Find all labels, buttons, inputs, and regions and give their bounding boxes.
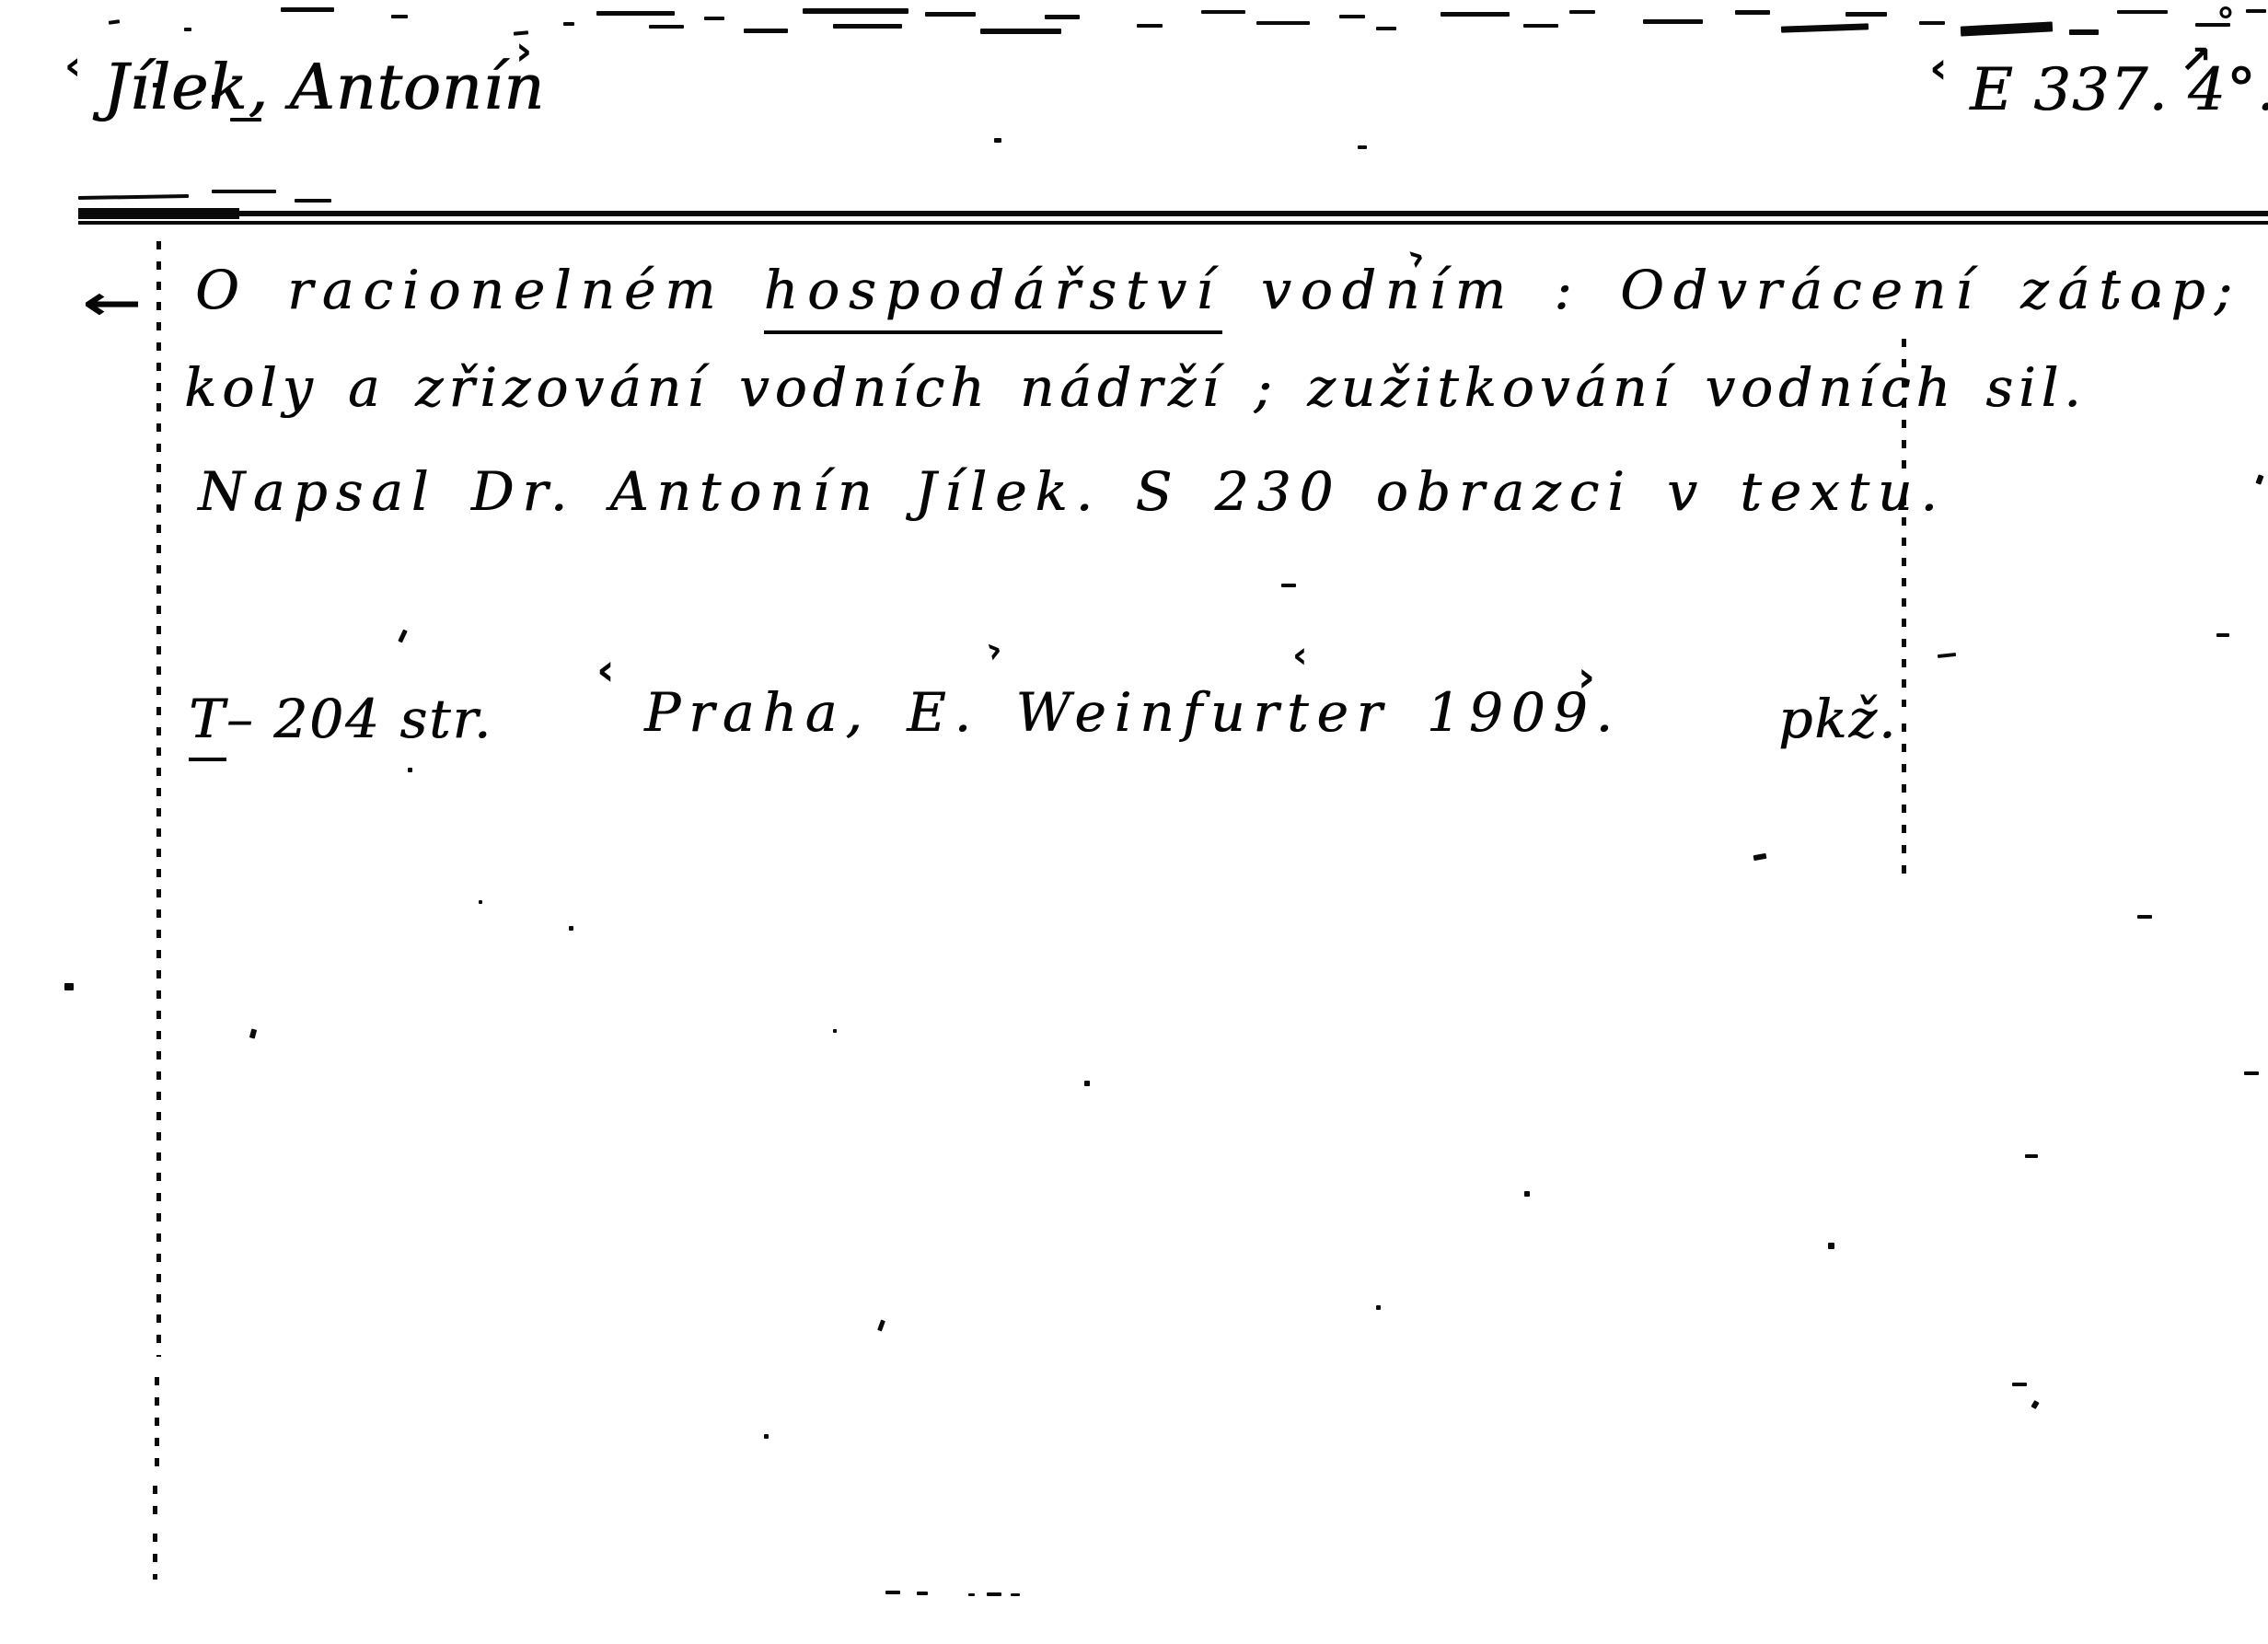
left-margin-dotted-line	[155, 1377, 159, 1469]
noise-dash	[1846, 12, 1887, 17]
noise-dash	[833, 1029, 837, 1033]
head-rule-bottom	[78, 221, 2268, 225]
noise-dash	[1339, 15, 1365, 18]
noise-dash	[1201, 10, 1245, 14]
noise-dash	[2069, 29, 2099, 35]
noise-dash	[109, 19, 120, 25]
left-margin-dotted-line	[153, 1486, 157, 1519]
imprint-line: Praha, E. Weinfurter 1909.	[644, 686, 1621, 739]
noise-dash	[2246, 9, 2266, 13]
noise-dash	[994, 138, 1001, 143]
title-line-1-post: vodním : Odvrácení zátop; ú –	[1222, 259, 2268, 321]
extent-line: T– 204 str.	[189, 692, 492, 746]
noise-dash	[1569, 10, 1595, 14]
noise-dash	[563, 22, 574, 26]
noise-dash	[885, 1591, 900, 1594]
noise-dash	[649, 25, 684, 29]
right-margin-dotted-line	[1902, 724, 1906, 880]
noise-dash	[2137, 915, 2152, 919]
right-margin-dotted-line	[1902, 497, 1906, 707]
title-line-2: koly a zřizování vodních nádrží ; zužitk…	[184, 361, 2087, 414]
catalog-card-scan: ‹›‹←›‹›‹›↗° Jílek, Antonín E 337. 4°. O …	[0, 0, 2268, 1644]
noise-dash	[64, 983, 74, 990]
proof-mark: ‹	[1292, 637, 1307, 674]
noise-dash	[1828, 1243, 1834, 1249]
extent-pages: – 204 str.	[226, 688, 492, 750]
noise-dash	[925, 12, 976, 17]
noise-dash	[1938, 653, 1956, 658]
noise-dash	[249, 1028, 257, 1038]
noise-dash	[1441, 12, 1510, 17]
noise-dash	[1781, 23, 1869, 32]
noise-dash	[2244, 1071, 2259, 1075]
noise-dash	[1137, 24, 1163, 28]
statement-line: Napsal Dr. Antonín Jílek. S 230 obrazci …	[198, 465, 1946, 518]
noise-dash	[1045, 15, 1080, 19]
noise-dash	[968, 1593, 975, 1596]
noise-dash	[1919, 21, 1945, 25]
noise-dash	[987, 1592, 1001, 1596]
noise-dash	[1376, 1305, 1381, 1310]
left-margin-dotted-line	[153, 1534, 157, 1580]
proof-mark: °	[2216, 4, 2235, 41]
noise-dash	[1084, 1081, 1090, 1086]
noise-dash	[1376, 27, 1396, 30]
noise-dash	[1735, 10, 1770, 15]
noise-dash	[1643, 19, 1703, 24]
volume-letter: T	[189, 688, 226, 761]
noise-dash	[833, 24, 902, 29]
noise-dash	[1358, 145, 1367, 149]
noise-dash	[2216, 633, 2229, 637]
noise-dash	[1523, 24, 1558, 28]
noise-dash	[398, 630, 407, 643]
noise-dash	[917, 1592, 928, 1595]
proof-mark: ←	[82, 280, 142, 328]
title-line-1: O racionelném hospodářství vodním : Odvr…	[195, 263, 2268, 317]
title-underlined-word: hospodářství	[764, 259, 1222, 334]
noise-dash	[212, 190, 276, 193]
noise-dash	[744, 29, 788, 33]
cataloguer-initials: pkž.	[1778, 692, 1897, 746]
author-heading: Jílek, Antonín	[103, 57, 545, 120]
noise-dash	[704, 17, 724, 20]
proof-mark: ‹	[64, 46, 81, 87]
noise-dash	[2255, 474, 2263, 484]
noise-dash	[184, 28, 191, 31]
noise-dash	[391, 15, 408, 18]
left-margin-dotted-line	[156, 241, 161, 1357]
noise-dash	[877, 1320, 885, 1332]
noise-dash	[1281, 584, 1296, 587]
noise-dash	[1961, 21, 2053, 36]
noise-dash	[596, 11, 675, 16]
title-line-1-pre: O racionelném	[195, 259, 764, 321]
noise-dash	[281, 7, 334, 12]
noise-dash	[1256, 21, 1310, 25]
head-rule-top	[78, 211, 2268, 216]
head-rule-left-blot	[78, 208, 239, 219]
noise-dash	[764, 1434, 769, 1439]
noise-dash	[2117, 10, 2168, 14]
noise-dash	[980, 29, 1061, 34]
proof-mark: ‹	[1929, 46, 1948, 90]
noise-dash	[2025, 1154, 2038, 1158]
noise-dash	[569, 926, 573, 931]
noise-dash	[1753, 853, 1767, 861]
noise-dash	[2012, 1383, 2027, 1386]
noise-dash	[78, 194, 189, 200]
noise-dash	[479, 900, 482, 904]
call-number: E 337. 4°.	[1970, 61, 2268, 120]
noise-dash	[408, 768, 412, 772]
proof-mark: ›	[982, 631, 1006, 670]
noise-dash	[803, 8, 908, 14]
noise-dash	[295, 199, 331, 203]
noise-dash	[1011, 1593, 1020, 1596]
noise-dash	[2031, 1400, 2039, 1409]
proof-mark: ‹	[596, 648, 615, 692]
noise-dash	[1524, 1191, 1530, 1197]
